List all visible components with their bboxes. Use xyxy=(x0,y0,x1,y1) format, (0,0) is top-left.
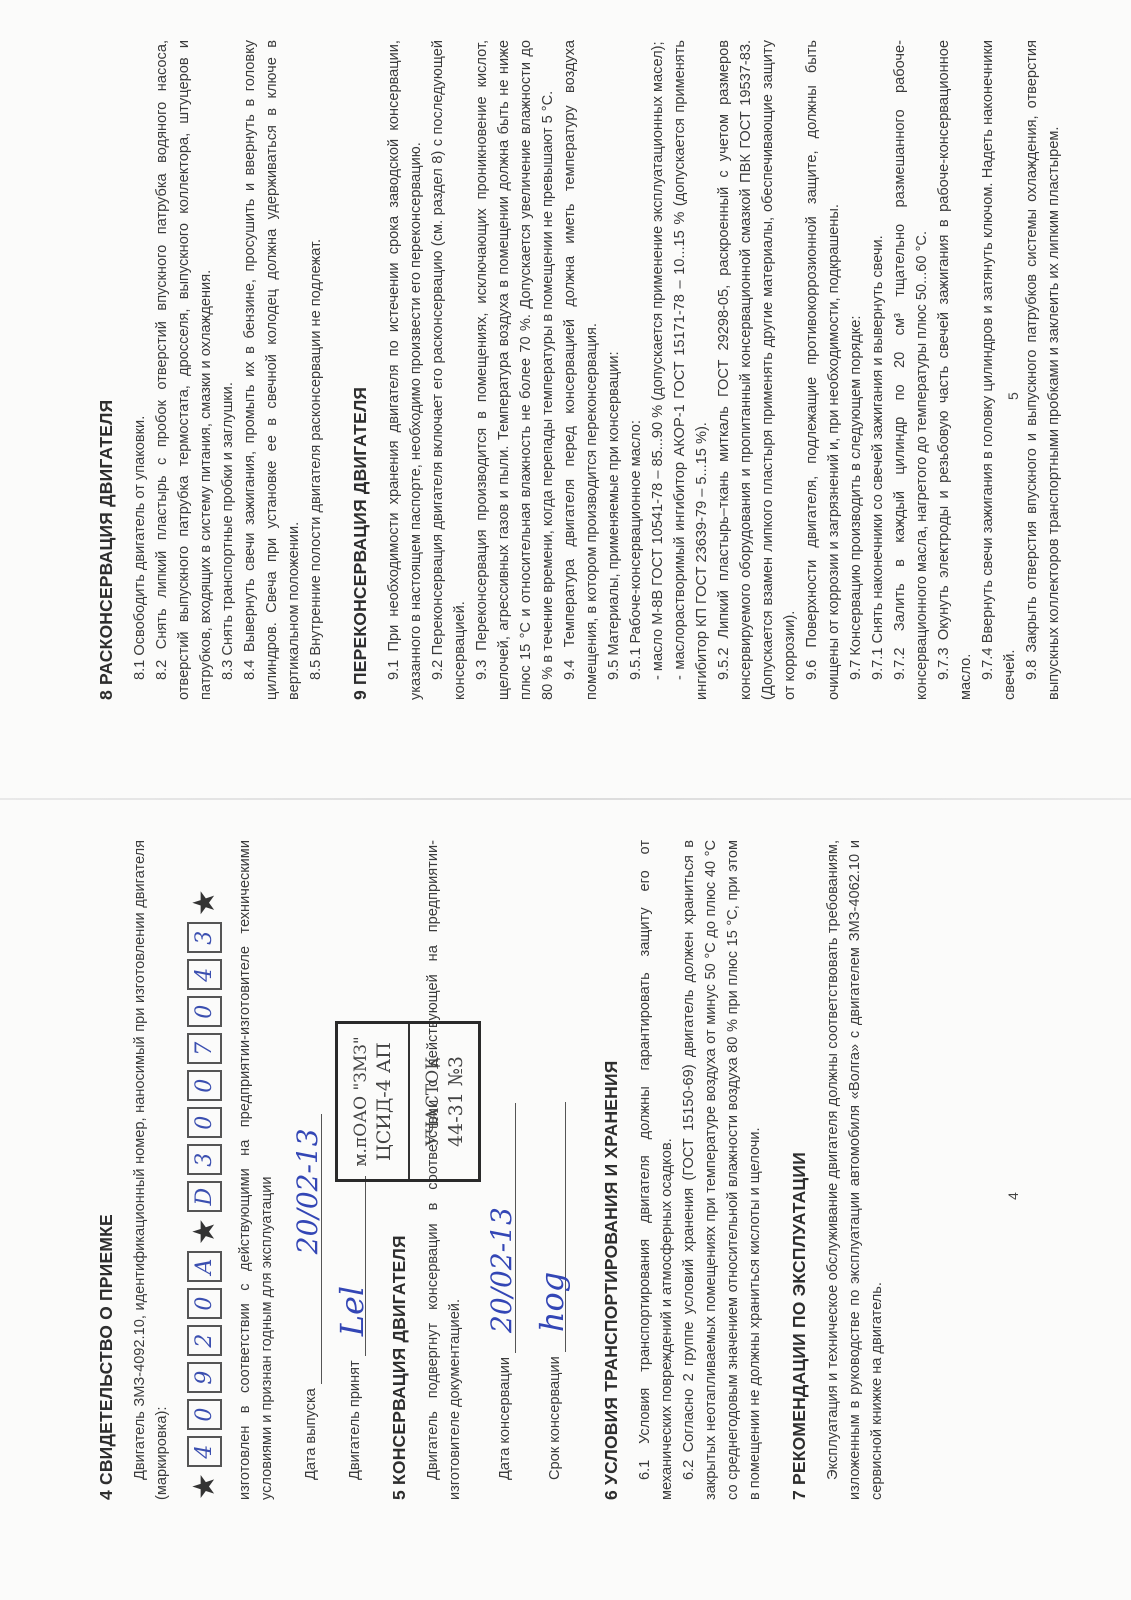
section-9-item: 9.3 Переконсервация производится в помещ… xyxy=(471,40,559,700)
scanned-spread: 4 СВИДЕТЕЛЬСТВО О ПРИЕМКЕ Двигатель ЗМЗ-… xyxy=(0,0,1131,1600)
factory-stamp: м.пОАО "ЗМЗ" ЦСИД-4 АП УЧАСТОК 44-31 №3 xyxy=(335,1021,481,1182)
section-8-item: 8.1 Освободить двигатель от упаковки. xyxy=(129,40,151,700)
stamp-line-3: УЧАСТОК xyxy=(422,1057,444,1147)
page-number-5: 5 xyxy=(1005,392,1021,400)
engine-serial-number: ★ 4 0 9 2 0 A ★ D 3 0 0 7 0 4 3 ★ xyxy=(187,840,222,1500)
serial-digit: 0 xyxy=(187,1399,222,1430)
section-9-title: 9 ПЕРЕКОНСЕРВАЦИЯ ДВИГАТЕЛЯ xyxy=(349,40,371,700)
accepted-by-label: Двигатель принят xyxy=(344,1360,366,1480)
section-9-item: 9.7 Консервацию производить в следующем … xyxy=(845,40,867,700)
section-6-1: 6.1 Условия транспортирования двигателя … xyxy=(634,840,678,1500)
section-9-item: 9.7.2 Залить в каждый цилиндр по 20 см³ … xyxy=(889,40,933,700)
conservation-signature: hog xyxy=(541,1272,563,1332)
section-9-item: 9.8 Закрыть отверстия впускного и выпуск… xyxy=(1021,40,1065,700)
release-date-label: Дата выпуска xyxy=(300,1388,322,1480)
section-9-item: 9.5.1 Рабоче-консервационное масло: xyxy=(625,40,647,700)
serial-digit: 3 xyxy=(187,922,222,953)
section-4-intro: Двигатель ЗМЗ-4092.10, идентификационный… xyxy=(129,840,173,1500)
serial-digit: 0 xyxy=(187,1070,222,1101)
serial-digit: 0 xyxy=(187,1288,222,1319)
section-9-item: 9.5.2 Липкий пластырь–ткань миткаль ГОСТ… xyxy=(713,40,801,700)
section-4-text: изготовлен в соответствии с действующими… xyxy=(234,840,278,1500)
section-4-title: 4 СВИДЕТЕЛЬСТВО О ПРИЕМКЕ xyxy=(95,840,117,1500)
serial-digit: A xyxy=(187,1251,222,1282)
conservation-term-label: Срок консервации xyxy=(544,1356,566,1480)
section-9-item: 9.5 Материалы, применяемые при консервац… xyxy=(603,40,625,700)
release-date-field: Дата выпуска 20/02-13 xyxy=(294,840,322,1480)
serial-digit: 2 xyxy=(187,1325,222,1356)
section-9-item: 9.4 Температура двигателя перед консерва… xyxy=(559,40,603,700)
serial-digit: 7 xyxy=(187,1033,222,1064)
serial-digit: 4 xyxy=(187,959,222,990)
section-8-item: 8.3 Снять транспортные пробки и заглушки… xyxy=(217,40,239,700)
section-9-item: - маслорастворимый ингибитор АКОР-1 ГОСТ… xyxy=(669,40,713,700)
page-fold xyxy=(0,798,1131,800)
star-icon: ★ xyxy=(190,1218,220,1245)
section-6-2: 6.2 Согласно 2 группе условий хранения (… xyxy=(678,840,766,1500)
page-5: 8 РАСКОНСЕРВАЦИЯ ДВИГАТЕЛЯ 8.1 Освободит… xyxy=(95,40,1065,700)
acceptance-signature: Lel xyxy=(341,1286,363,1336)
section-9-item: 9.7.3 Окунуть электроды и резьбовую част… xyxy=(933,40,977,700)
serial-digit: 0 xyxy=(187,996,222,1027)
serial-digit: 4 xyxy=(187,1436,222,1467)
page-4: 4 СВИДЕТЕЛЬСТВО О ПРИЕМКЕ Двигатель ЗМЗ-… xyxy=(95,840,888,1500)
serial-digit: 0 xyxy=(187,1107,222,1138)
stamp-line-4: 44-31 №3 xyxy=(444,1056,468,1147)
star-icon: ★ xyxy=(190,889,220,916)
section-9-item: 9.6 Поверхности двигателя, подлежащие пр… xyxy=(801,40,845,700)
serial-digit: D xyxy=(187,1181,222,1212)
release-date-handwritten: 20/02-13 xyxy=(297,1128,319,1254)
section-8-title: 8 РАСКОНСЕРВАЦИЯ ДВИГАТЕЛЯ xyxy=(95,40,117,700)
stamp-line-1: м.пОАО "ЗМЗ" xyxy=(350,1036,372,1166)
conservation-date-field: Дата консервации 20/02-13 xyxy=(488,840,516,1480)
section-9-item: - масло М-8В ГОСТ 10541-78 – 85...90 % (… xyxy=(647,40,669,700)
section-9-item: 9.7.1 Снять наконечники со свечей зажига… xyxy=(867,40,889,700)
section-8-item: 8.2 Снять липкий пластырь с пробок отвер… xyxy=(151,40,217,700)
serial-digit: 3 xyxy=(187,1144,222,1175)
section-9-item: 9.2 Переконсервация двигателя включает е… xyxy=(427,40,471,700)
stamp-line-2: ЦСИД-4 АП xyxy=(372,1042,396,1161)
section-9-item: 9.1 При необходимости хранения двигателя… xyxy=(383,40,427,700)
conservation-date-handwritten: 20/02-13 xyxy=(491,1207,513,1333)
section-7-1: Эксплуатация и техническое обслуживание … xyxy=(822,840,888,1500)
section-8-item: 8.5 Внутренние полости двигателя расконс… xyxy=(305,40,327,700)
conservation-date-label: Дата консервации xyxy=(494,1357,516,1480)
conservation-term-field: Срок консервации hog xyxy=(538,840,566,1480)
page-number-4: 4 xyxy=(1005,1192,1021,1200)
section-9-item: 9.7.4 Ввернуть свечи зажигания в головку… xyxy=(977,40,1021,700)
star-icon: ★ xyxy=(190,1473,220,1500)
section-7-title: 7 РЕКОМЕНДАЦИИ ПО ЭКСПЛУАТАЦИИ xyxy=(788,840,810,1500)
section-8-item: 8.4 Вывернуть свечи зажигания, промыть и… xyxy=(239,40,305,700)
serial-digit: 9 xyxy=(187,1362,222,1393)
section-6-title: 6 УСЛОВИЯ ТРАНСПОРТИРОВАНИЯ И ХРАНЕНИЯ xyxy=(600,840,622,1500)
